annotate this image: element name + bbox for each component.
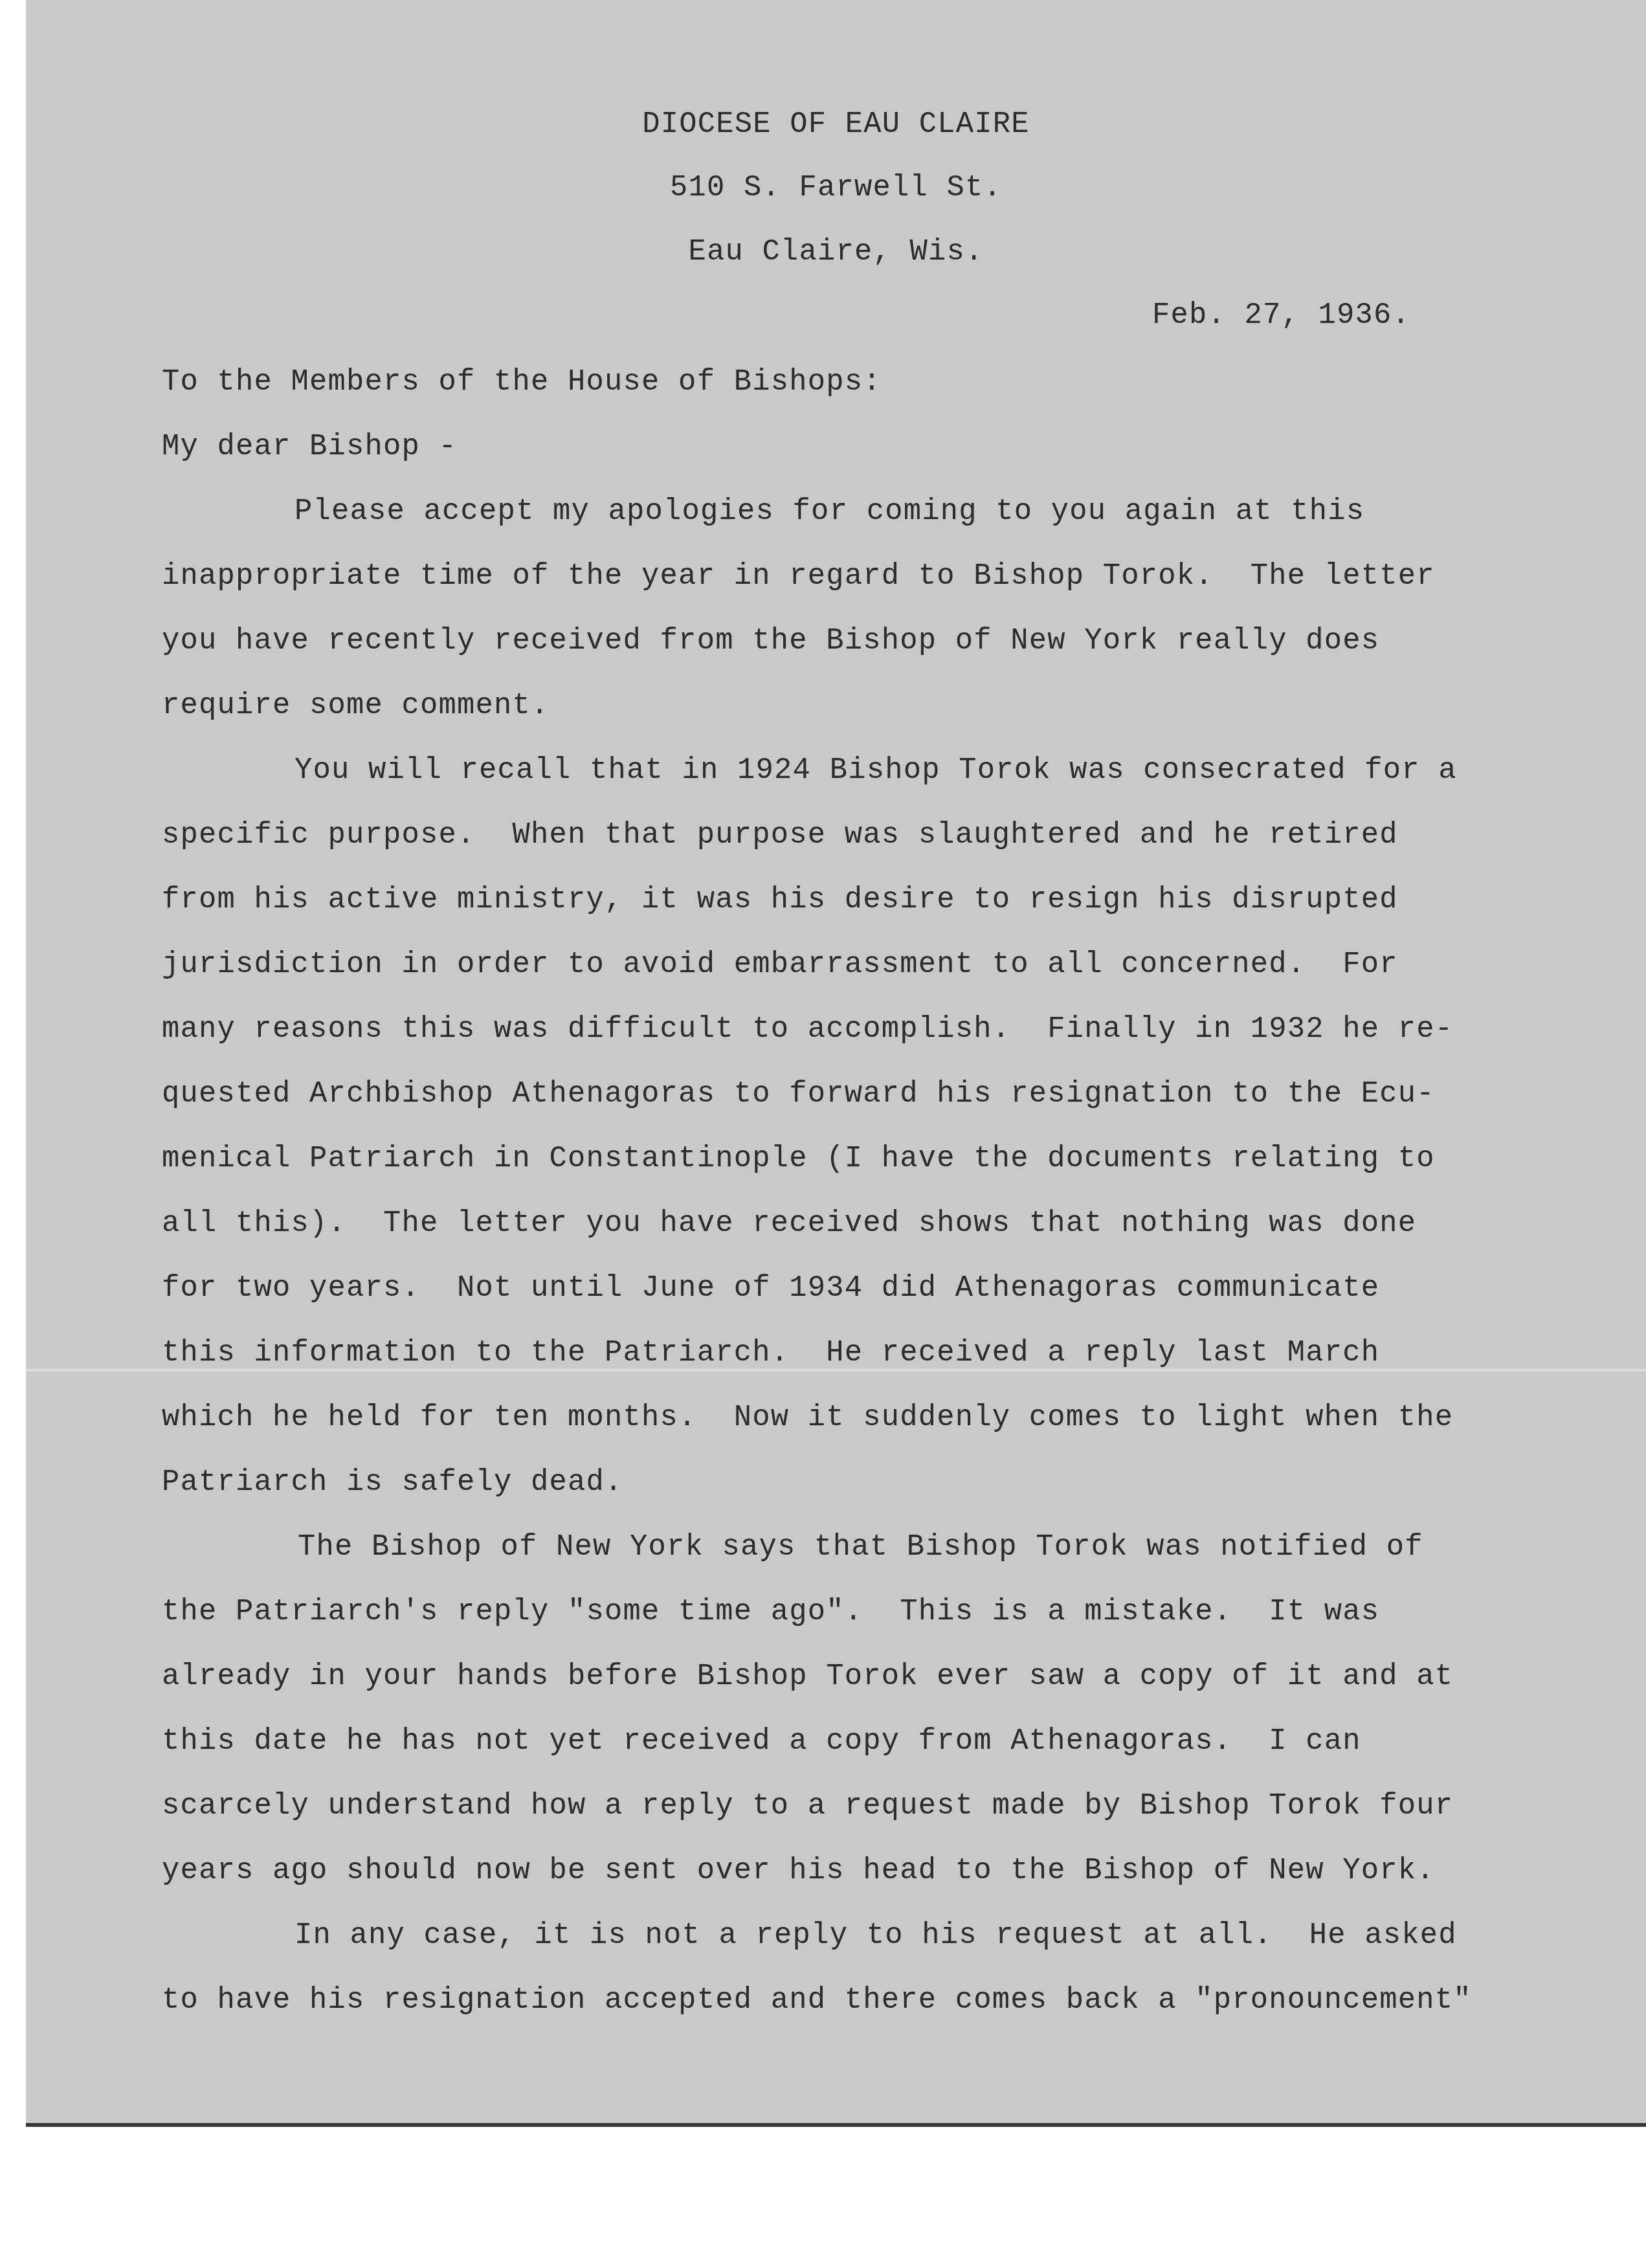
- paragraph-3-line-4: this date he has not yet received a copy…: [162, 1727, 1361, 1757]
- paragraph-3-line-5: scarcely understand how a reply to a req…: [162, 1792, 1453, 1821]
- letterhead-org: DIOCESE OF EAU CLAIRE: [26, 110, 1646, 140]
- addressee: To the Members of the House of Bishops:: [162, 368, 882, 397]
- paragraph-2-line-2: specific purpose. When that purpose was …: [162, 821, 1398, 850]
- paragraph-3-line-1: The Bishop of New York says that Bishop …: [298, 1533, 1423, 1562]
- paragraph-4-line-1: In any case, it is not a reply to his re…: [295, 1921, 1457, 1951]
- paragraph-1-line-4: require some comment.: [162, 691, 550, 721]
- letterhead-city: Eau Claire, Wis.: [26, 238, 1646, 267]
- paragraph-2-line-9: for two years. Not until June of 1934 di…: [162, 1274, 1379, 1304]
- paragraph-4-line-2: to have his resignation accepted and the…: [162, 1986, 1472, 2016]
- paragraph-2-line-7: menical Patriarch in Constantinople (I h…: [162, 1144, 1435, 1174]
- paragraph-2-line-6: quested Archbishop Athenagoras to forwar…: [162, 1080, 1435, 1109]
- paragraph-2-line-1: You will recall that in 1924 Bishop Toro…: [295, 756, 1457, 786]
- paragraph-1-line-2: inappropriate time of the year in regard…: [162, 562, 1435, 592]
- paragraph-2-line-4: jurisdiction in order to avoid embarrass…: [162, 950, 1398, 980]
- letter-date: Feb. 27, 1936.: [1152, 301, 1410, 331]
- paragraph-2-line-11: which he held for ten months. Now it sud…: [162, 1403, 1453, 1433]
- paragraph-3-line-6: years ago should now be sent over his he…: [162, 1856, 1435, 1886]
- paragraph-1-line-1: Please accept my apologies for coming to…: [295, 497, 1364, 527]
- letter-page: DIOCESE OF EAU CLAIRE 510 S. Farwell St.…: [26, 0, 1646, 2123]
- paragraph-2-line-12: Patriarch is safely dead.: [162, 1468, 623, 1498]
- paragraph-2-line-3: from his active ministry, it was his des…: [162, 885, 1398, 915]
- salutation: My dear Bishop -: [162, 432, 457, 462]
- letterhead-street: 510 S. Farwell St.: [26, 173, 1646, 203]
- paragraph-2-line-10: this information to the Patriarch. He re…: [162, 1339, 1379, 1368]
- paragraph-3-line-2: the Patriarch's reply "some time ago". T…: [162, 1597, 1379, 1627]
- paragraph-2-line-5: many reasons this was difficult to accom…: [162, 1015, 1453, 1045]
- paragraph-1-line-3: you have recently received from the Bish…: [162, 627, 1379, 656]
- paragraph-3-line-3: already in your hands before Bishop Toro…: [162, 1662, 1453, 1692]
- paragraph-2-line-8: all this). The letter you have received …: [162, 1209, 1416, 1239]
